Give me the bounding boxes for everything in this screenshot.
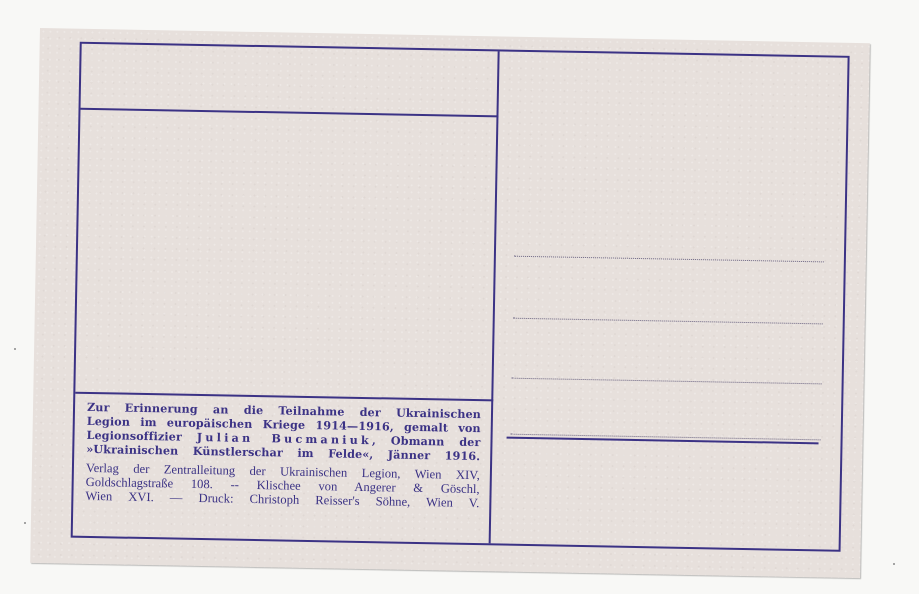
scan-speck <box>893 563 895 565</box>
scan-speck <box>24 522 26 524</box>
address-line-1 <box>514 256 824 263</box>
address-line-3 <box>512 378 822 385</box>
scan-speck <box>14 348 16 350</box>
postcard-border-frame: Zur Erinnerung an die Teilnahme der Ukra… <box>71 42 850 552</box>
scanned-postcard-scene: Zur Erinnerung an die Teilnahme der Ukra… <box>0 0 919 594</box>
address-area <box>491 51 848 549</box>
address-line-2 <box>513 318 823 325</box>
caption-box: Zur Erinnerung an die Teilnahme der Ukra… <box>73 392 494 544</box>
image-title-box <box>81 44 500 118</box>
postcard: Zur Erinnerung an die Teilnahme der Ukra… <box>30 28 870 578</box>
caption-description: Zur Erinnerung an die Teilnahme der Ukra… <box>86 400 481 463</box>
publisher-credits: Verlag der Zentralleitung der Ukrainisch… <box>85 461 480 510</box>
